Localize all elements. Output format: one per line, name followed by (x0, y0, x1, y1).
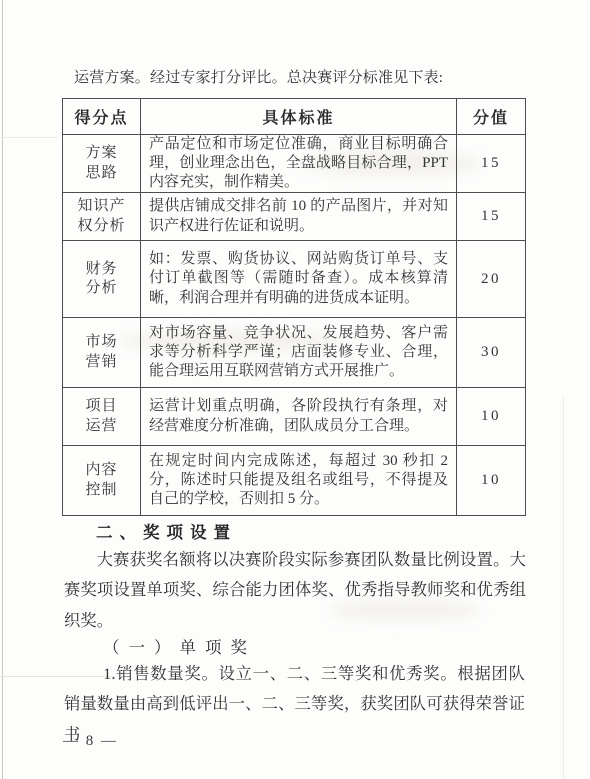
point-cell: 方案 思路 (63, 135, 141, 193)
criteria-cell: 对市场容量、竞争状况、发展趋势、客户需求等分析科学严谨；店面装修专业、合理，能合… (141, 318, 457, 388)
table-row: 市场 营销 对市场容量、竞争状况、发展趋势、客户需求等分析科学严谨；店面装修专业… (63, 318, 526, 388)
point-cell: 项目 运营 (63, 388, 141, 446)
scanned-document-page: 运营方案。经过专家打分评比。总决赛评分标准见下表: 得分点 具体标准 分值 方案… (0, 0, 590, 779)
table-row: 项目 运营 运营计划重点明确，各阶段执行有条理，对经营难度分析准确，团队成员分工… (63, 388, 526, 446)
criteria-cell: 产品定位和市场定位准确，商业目标明确合理，创业理念出色，全盘战略目标合理，PPT… (141, 135, 457, 193)
page-number: — 8 — (63, 733, 118, 750)
point-cell: 市场 营销 (63, 318, 141, 388)
sales-quantity-award-paragraph: 1.销售数量奖。设立一、二、三等奖和优秀奖。根据团队销量数量由高到低评出一、二、… (64, 659, 525, 750)
score-cell: 20 (457, 241, 526, 318)
header-point: 得分点 (63, 99, 141, 135)
score-cell: 15 (457, 135, 526, 193)
awards-intro-paragraph: 大赛获奖名额将以决赛阶段实际参赛团队数量比例设置。大赛奖项设置单项奖、综合能力团… (64, 537, 526, 636)
table-row: 内容 控制 在规定时间内完成陈述，每超过 30 秒扣 2 分，陈述时只能提及组名… (63, 446, 526, 516)
score-cell: 10 (457, 388, 526, 446)
point-cell: 内容 控制 (63, 446, 141, 516)
intro-paragraph: 运营方案。经过专家打分评比。总决赛评分标准见下表: (74, 66, 544, 87)
scan-streak (0, 137, 58, 138)
score-cell: 30 (457, 318, 526, 388)
criteria-cell: 提供店铺成交排名前 10 的产品图片，并对知识产权进行佐证和说明。 (141, 193, 457, 241)
scoring-criteria-table: 得分点 具体标准 分值 方案 思路 产品定位和市场定位准确，商业目标明确合理，创… (62, 98, 526, 516)
header-score: 分值 (457, 99, 526, 135)
score-cell: 15 (457, 193, 526, 241)
subsection-heading-single-awards: （一）单项奖 (103, 634, 256, 658)
criteria-cell: 如：发票、购货协议、网站购货订单号、支付订单截图等（需随时备查）。成本核算清晰，… (141, 241, 457, 318)
scan-edge-line (563, 395, 564, 779)
scan-edge-line (2, 0, 3, 779)
table-row: 知识产 权分析 提供店铺成交排名前 10 的产品图片，并对知识产权进行佐证和说明… (63, 193, 526, 241)
criteria-cell: 运营计划重点明确，各阶段执行有条理，对经营难度分析准确，团队成员分工合理。 (141, 388, 457, 446)
score-cell: 10 (457, 446, 526, 516)
table-header-row: 得分点 具体标准 分值 (63, 99, 526, 135)
criteria-cell: 在规定时间内完成陈述，每超过 30 秒扣 2 分，陈述时只能提及组名或组号，不得… (141, 446, 457, 516)
table-row: 财务 分析 如：发票、购货协议、网站购货订单号、支付订单截图等（需随时备查）。成… (63, 241, 526, 318)
point-cell: 知识产 权分析 (63, 193, 141, 241)
table-row: 方案 思路 产品定位和市场定位准确，商业目标明确合理，创业理念出色，全盘战略目标… (63, 135, 526, 193)
point-cell: 财务 分析 (63, 241, 141, 318)
header-criteria: 具体标准 (141, 99, 457, 135)
